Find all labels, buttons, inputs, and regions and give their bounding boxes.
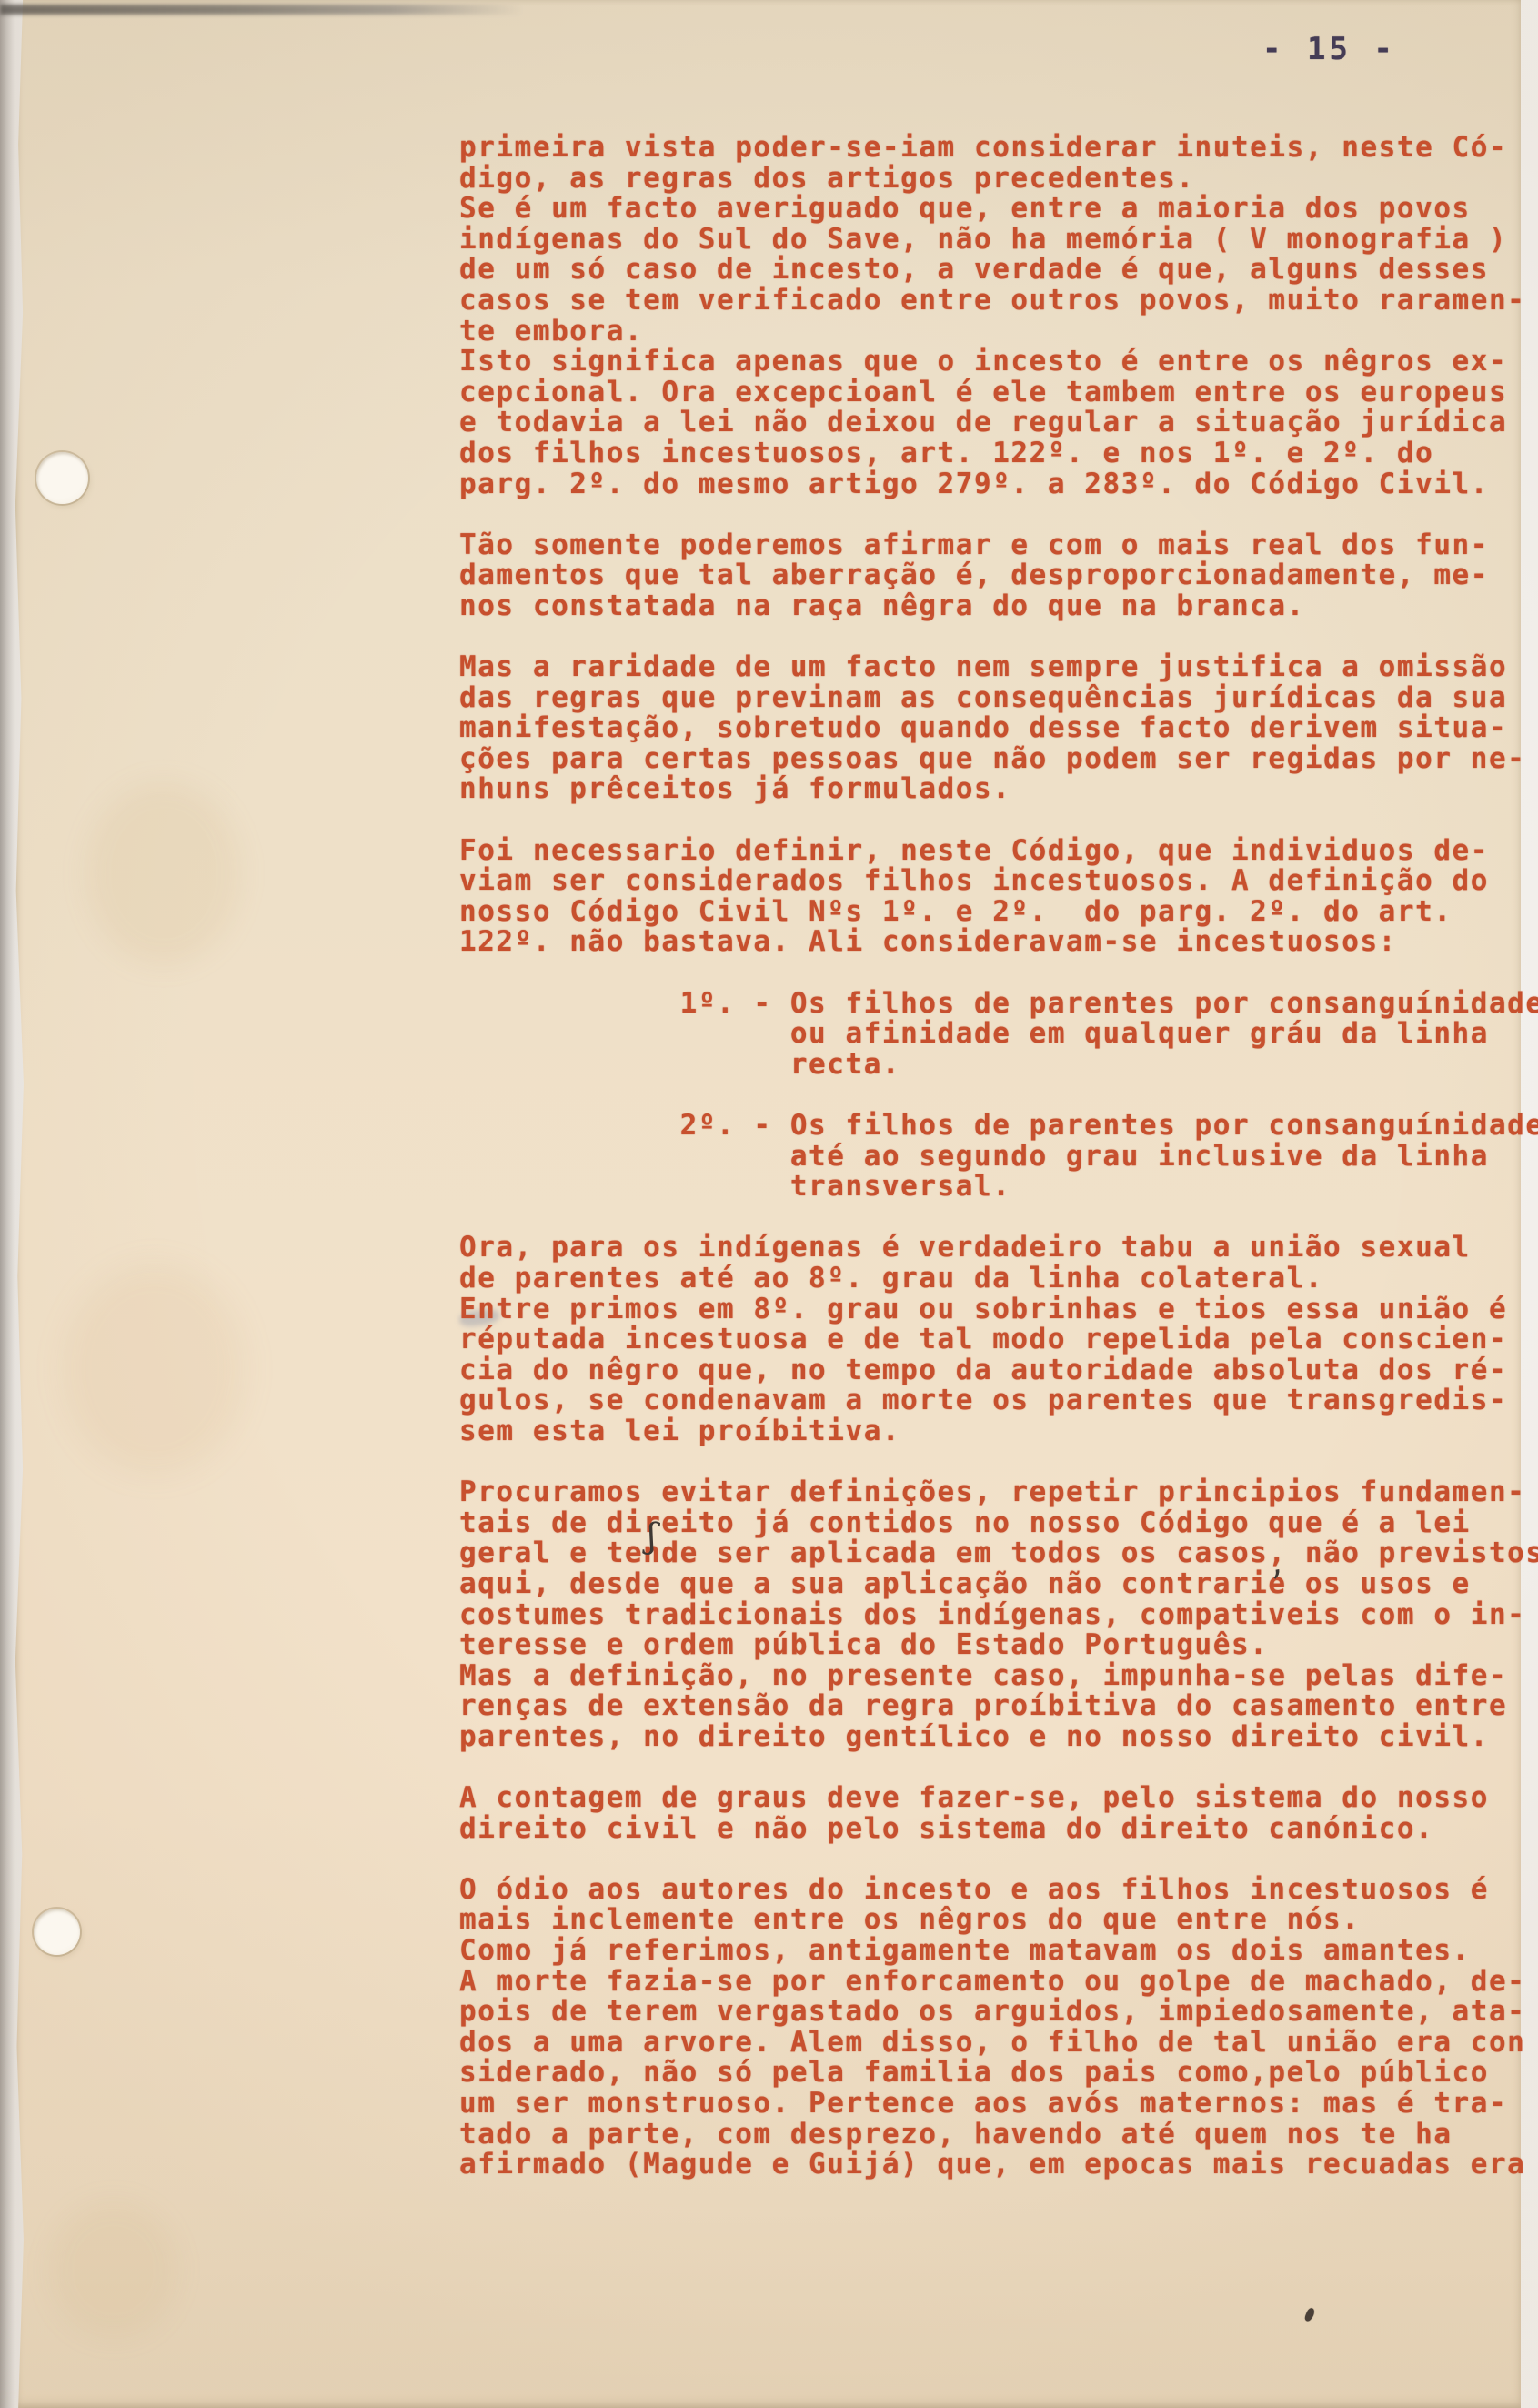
paragraph-procuramos: Procuramos evitar definições, repetir pr… (459, 1477, 1538, 1752)
paragraph-tao-somente: Tão somente poderemos afirmar e com o ma… (459, 530, 1538, 622)
paragraph-odio: O ódio aos autores do incesto e aos filh… (459, 1875, 1538, 2181)
punch-hole-bottom (34, 1909, 80, 1955)
paragraph-tabu: Ora, para os indígenas é verdadeiro tabu… (459, 1233, 1538, 1446)
paragraph-intro: primeira vista poder-se-iam considerar i… (459, 133, 1538, 499)
scan-edge-smudge (0, 5, 523, 15)
page-number: - 15 - (1262, 31, 1390, 67)
punch-hole-top (36, 452, 88, 504)
paragraph-definicao: Foi necessario definir, neste Código, qu… (459, 836, 1538, 958)
list-item-1: 1º. - Os filhos de parentes por consangu… (459, 989, 1538, 1081)
paragraph-raridade: Mas a raridade de um facto nem sempre ju… (459, 652, 1538, 805)
paragraph-contagem: A contagem de graus deve fazer-se, pelo … (459, 1783, 1538, 1844)
list-item-2: 2º. - Os filhos de parentes por consangu… (459, 1111, 1538, 1203)
document-body: primeira vista poder-se-iam considerar i… (459, 133, 1538, 2181)
scanned-document-page: - 15 - primeira vista poder-se-iam consi… (0, 0, 1538, 2408)
